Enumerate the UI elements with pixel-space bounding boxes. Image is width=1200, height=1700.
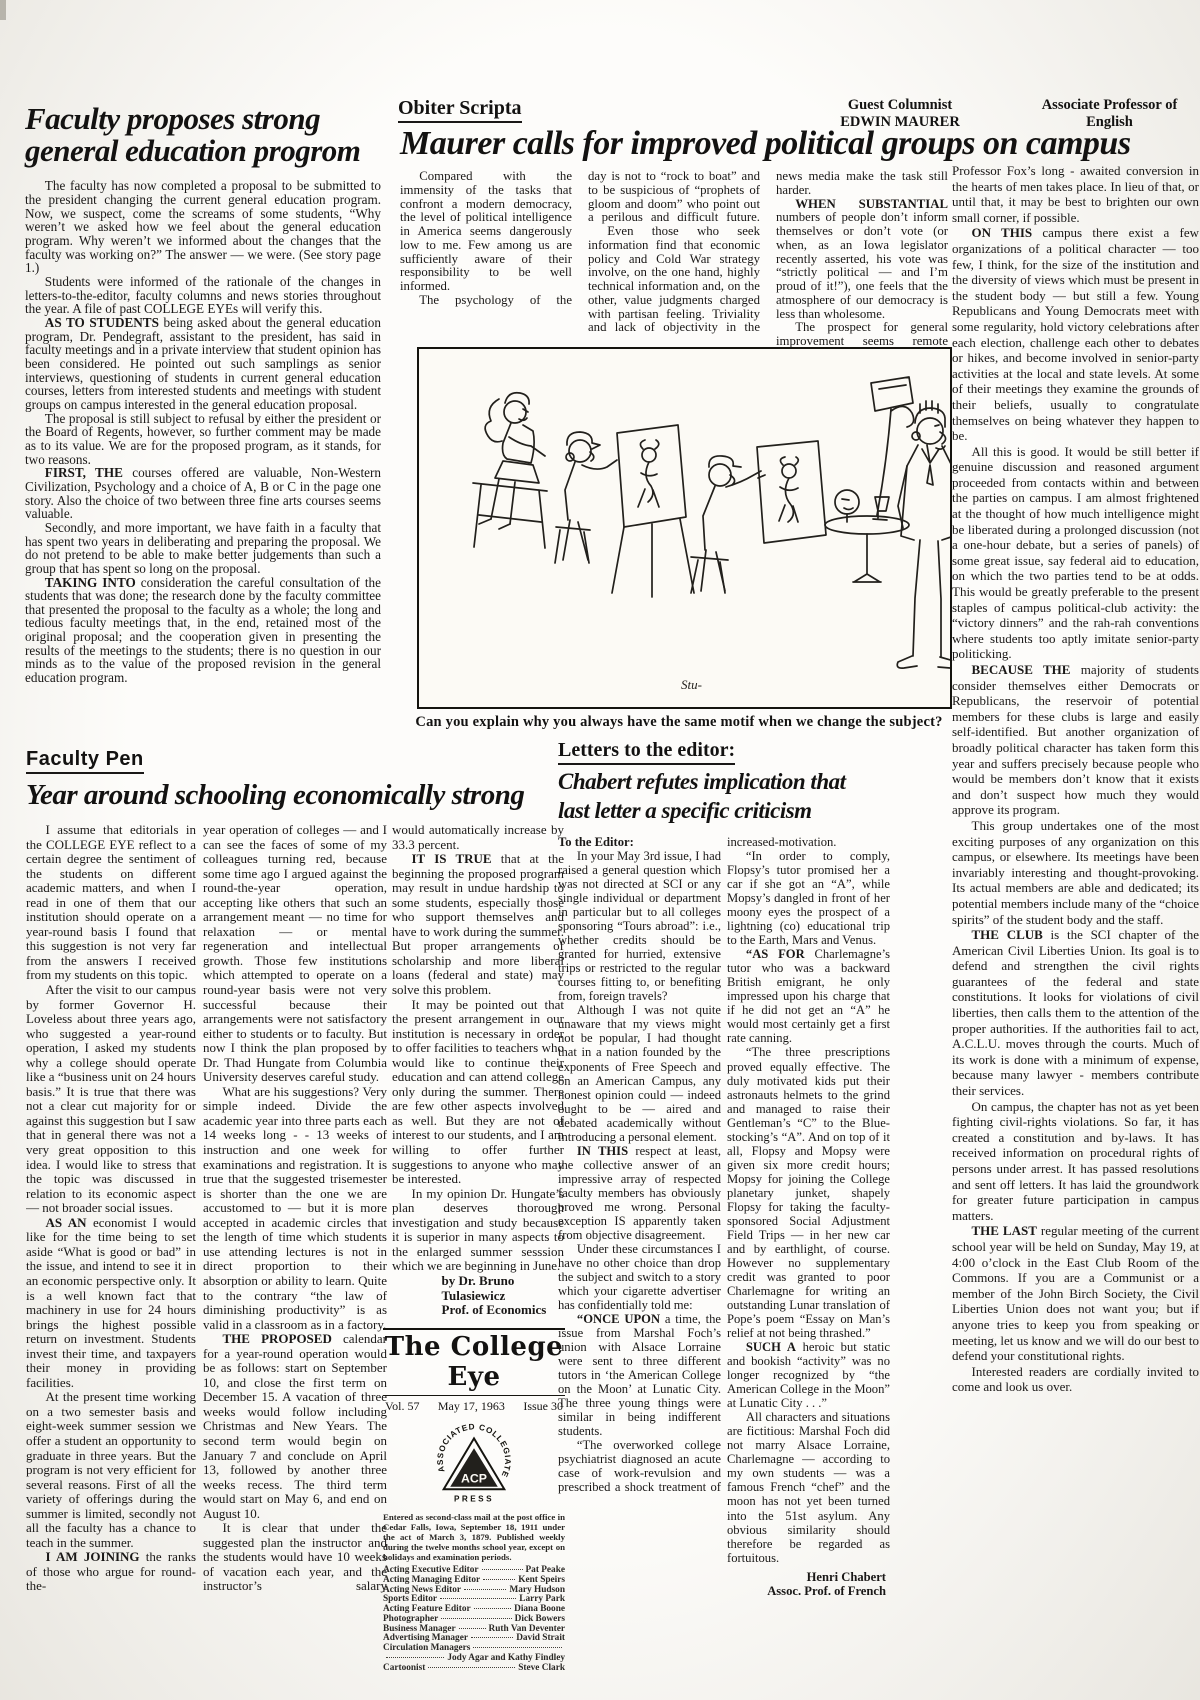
- paragraph: On campus, the chapter has not as yet be…: [952, 1099, 1199, 1224]
- paragraph: “The overworked college psychiatrist dia…: [558, 1438, 721, 1494]
- newspaper-page: Faculty proposes strong general educatio…: [0, 0, 1200, 1700]
- letters-column-2: increased-motivation. “In order to compl…: [727, 835, 890, 1693]
- author-byline: by Dr. Bruno: [392, 1274, 564, 1289]
- article-body: The faculty has now completed a proposal…: [25, 179, 381, 734]
- letters-column-1: To the Editor: In your May 3rd issue, I …: [558, 835, 721, 1693]
- faculty-pen-headline: Year around schooling economically stron…: [26, 780, 566, 810]
- faculty-pen-column-3: would automatically increase by 33.3 per…: [392, 823, 564, 1318]
- paragraph: At the present time working on a two sem…: [26, 1390, 196, 1550]
- paragraph: THE LAST regular meeting of the current …: [952, 1223, 1199, 1363]
- acp-press-emblem: ASSOCIATED COLLEGIATE ACP PRESS: [433, 1420, 515, 1506]
- paragraph: “The three prescriptions proved equally …: [727, 1045, 890, 1340]
- paragraph: Students were informed of the rationale …: [25, 275, 381, 316]
- volume-number: Vol. 57: [385, 1399, 419, 1414]
- cartoon-standing-man: [897, 401, 950, 668]
- paragraph: The faculty has now completed a proposal…: [25, 179, 381, 275]
- author-byline: Prof. of Economics: [392, 1303, 564, 1318]
- dot-leader: [440, 1598, 516, 1599]
- maurer-headline: Maurer calls for improved political grou…: [400, 126, 1200, 161]
- paragraph: What are his suggestions? Very simple in…: [203, 1085, 387, 1332]
- dot-leader: [459, 1628, 486, 1629]
- letter-signature: Henri Chabert Assoc. Prof. of French: [727, 1570, 890, 1598]
- cartoon-caption: Can you explain why you always have the …: [398, 714, 960, 731]
- paragraph: It may be pointed out that the present a…: [392, 998, 564, 1187]
- paragraph: I AM JOINING the ranks of those who argu…: [26, 1550, 196, 1594]
- cartoonist-signature: Stu-: [681, 677, 702, 692]
- paragraph: year operation of colleges — and I can s…: [203, 823, 387, 1085]
- dot-leader: [441, 1618, 511, 1619]
- paragraph: “AS FOR Charlemagne’s tutor who was a ba…: [727, 947, 890, 1045]
- author-byline: Tulasiewicz: [392, 1289, 564, 1304]
- dot-leader: [471, 1637, 513, 1638]
- maurer-column-4: Professor Fox’s long - awaited conversio…: [952, 163, 1199, 1673]
- letters-headline: Chabert refutes implication that last le…: [558, 768, 894, 825]
- signature-title: Assoc. Prof. of French: [727, 1584, 886, 1598]
- paragraph: Professor Fox’s long - awaited conversio…: [952, 163, 1199, 225]
- paragraph: I assume that editorials in the COLLEGE …: [26, 823, 196, 983]
- newspaper-title: The College Eye: [383, 1330, 565, 1395]
- paragraph: In your May 3rd issue, I had raised a ge…: [558, 849, 721, 1003]
- paragraph: THE PROPOSED calendar for a year-round o…: [203, 1332, 387, 1521]
- paragraph: “ONCE UPON a time, the issue from Marsha…: [558, 1312, 721, 1438]
- paragraph: day is not to “rock to boat” and to be s…: [588, 170, 760, 225]
- paragraph: AS AN economist I would like for the tim…: [26, 1216, 196, 1391]
- faculty-pen-column-1: I assume that editorials in the COLLEGE …: [26, 823, 196, 1698]
- paragraph: The psychology of the: [400, 294, 572, 308]
- acp-logo: ASSOCIATED COLLEGIATE ACP PRESS: [383, 1418, 565, 1512]
- paragraph: SUCH A heroic but static and bookish “ac…: [727, 1340, 890, 1410]
- paragraph: The proposal is still subject to refusal…: [25, 412, 381, 467]
- article-general-education: Faculty proposes strong general educatio…: [25, 103, 381, 734]
- article-headline: Faculty proposes strong general educatio…: [25, 103, 381, 167]
- paragraph: THE CLUB is the SCI chapter of the Ameri…: [952, 927, 1199, 1099]
- paragraph: “In order to comply, Flopsy’s tutor prom…: [727, 849, 890, 947]
- paragraph: Under these circumstances I have no othe…: [558, 1242, 721, 1312]
- paragraph: news media make the task still harder.: [776, 170, 948, 198]
- dot-leader: [474, 1608, 511, 1609]
- paragraph: IN THIS respect at least, the collective…: [558, 1144, 721, 1242]
- paragraph: WHEN SUBSTANTIAL numbers of people don’t…: [776, 198, 948, 322]
- paragraph: All this is good. It would be still bett…: [952, 444, 1199, 662]
- svg-text:ACP: ACP: [461, 1472, 487, 1486]
- maurer-column-3: news media make the task still harder. W…: [776, 170, 948, 349]
- dot-leader: [473, 1647, 562, 1648]
- paragraph: AS TO STUDENTS being asked about the gen…: [25, 316, 381, 412]
- dot-leader: [483, 1579, 515, 1580]
- paragraph: Compared with the immensity of the tasks…: [400, 170, 572, 294]
- scan-artifact: [0, 0, 6, 20]
- kicker-faculty-pen: Faculty Pen: [26, 748, 144, 774]
- svg-text:PRESS: PRESS: [454, 1495, 494, 1504]
- paragraph: BECAUSE THE majority of students conside…: [952, 662, 1199, 818]
- masthead: The College Eye Vol. 57 May 17, 1963 Iss…: [383, 1328, 565, 1673]
- paragraph: Even those who seek information find tha…: [588, 225, 760, 335]
- paragraph: TAKING INTO consideration the careful co…: [25, 576, 381, 685]
- faculty-pen-column-2: year operation of colleges — and I can s…: [203, 823, 387, 1698]
- staff-row: CartoonistSteve Clark: [383, 1664, 565, 1674]
- paragraph: In my opinion Dr. Hungate’s plan deserve…: [392, 1187, 564, 1274]
- editorial-cartoon-svg: Stu-: [419, 349, 950, 707]
- cartoon-seated-woman: [473, 393, 547, 548]
- salutation: To the Editor:: [558, 835, 721, 849]
- signature-name: Henri Chabert: [727, 1570, 886, 1584]
- paragraph: Although I was not quite unaware that my…: [558, 1003, 721, 1143]
- paragraph: The prospect for general improvement see…: [776, 321, 948, 349]
- cartoon-artist-two: [691, 456, 765, 593]
- kicker-letters-to-editor: Letters to the editor:: [558, 739, 735, 765]
- paragraph: increased-motivation.: [727, 835, 890, 849]
- issue-date: May 17, 1963: [438, 1399, 505, 1414]
- paragraph: FIRST, THE courses offered are valuable,…: [25, 466, 381, 521]
- dot-leader: [482, 1569, 523, 1570]
- maurer-column-2: day is not to “rock to boat” and to be s…: [588, 170, 760, 349]
- dot-leader: [464, 1589, 506, 1590]
- paragraph: This group undertakes one of the most ex…: [952, 818, 1199, 927]
- cartoon-canvas-one: [612, 425, 694, 597]
- paragraph: It is clear that under the suggested pla…: [203, 1521, 387, 1594]
- paragraph: After the visit to our campus by former …: [26, 983, 196, 1216]
- cartoon-canvas-two: [757, 441, 826, 543]
- maurer-column-1: Compared with the immensity of the tasks…: [400, 170, 572, 349]
- paragraph: IT IS TRUE that at the beginning the pro…: [392, 852, 564, 997]
- cartoon-still-life: [825, 377, 914, 582]
- second-class-mail-notice: Entered as second-class mail at the post…: [383, 1512, 565, 1562]
- paragraph: ON THIS campus there exist a few organiz…: [952, 225, 1199, 443]
- staff-list: Acting Executive EditorPat Peake Acting …: [383, 1566, 565, 1673]
- paragraph: Interested readers are cordially invited…: [952, 1364, 1199, 1395]
- editorial-cartoon: Stu-: [417, 347, 952, 709]
- cartoon-artist-one: [555, 432, 617, 563]
- paragraph: Secondly, and more important, we have fa…: [25, 521, 381, 576]
- paragraph: would automatically increase by 33.3 per…: [392, 823, 564, 852]
- dot-leader: [428, 1667, 515, 1668]
- volume-date-issue: Vol. 57 May 17, 1963 Issue 30: [383, 1396, 565, 1418]
- paragraph: All characters and situations are fictit…: [727, 1410, 890, 1564]
- dot-leader: [386, 1657, 444, 1658]
- kicker-obiter-scripta: Obiter Scripta: [398, 97, 522, 123]
